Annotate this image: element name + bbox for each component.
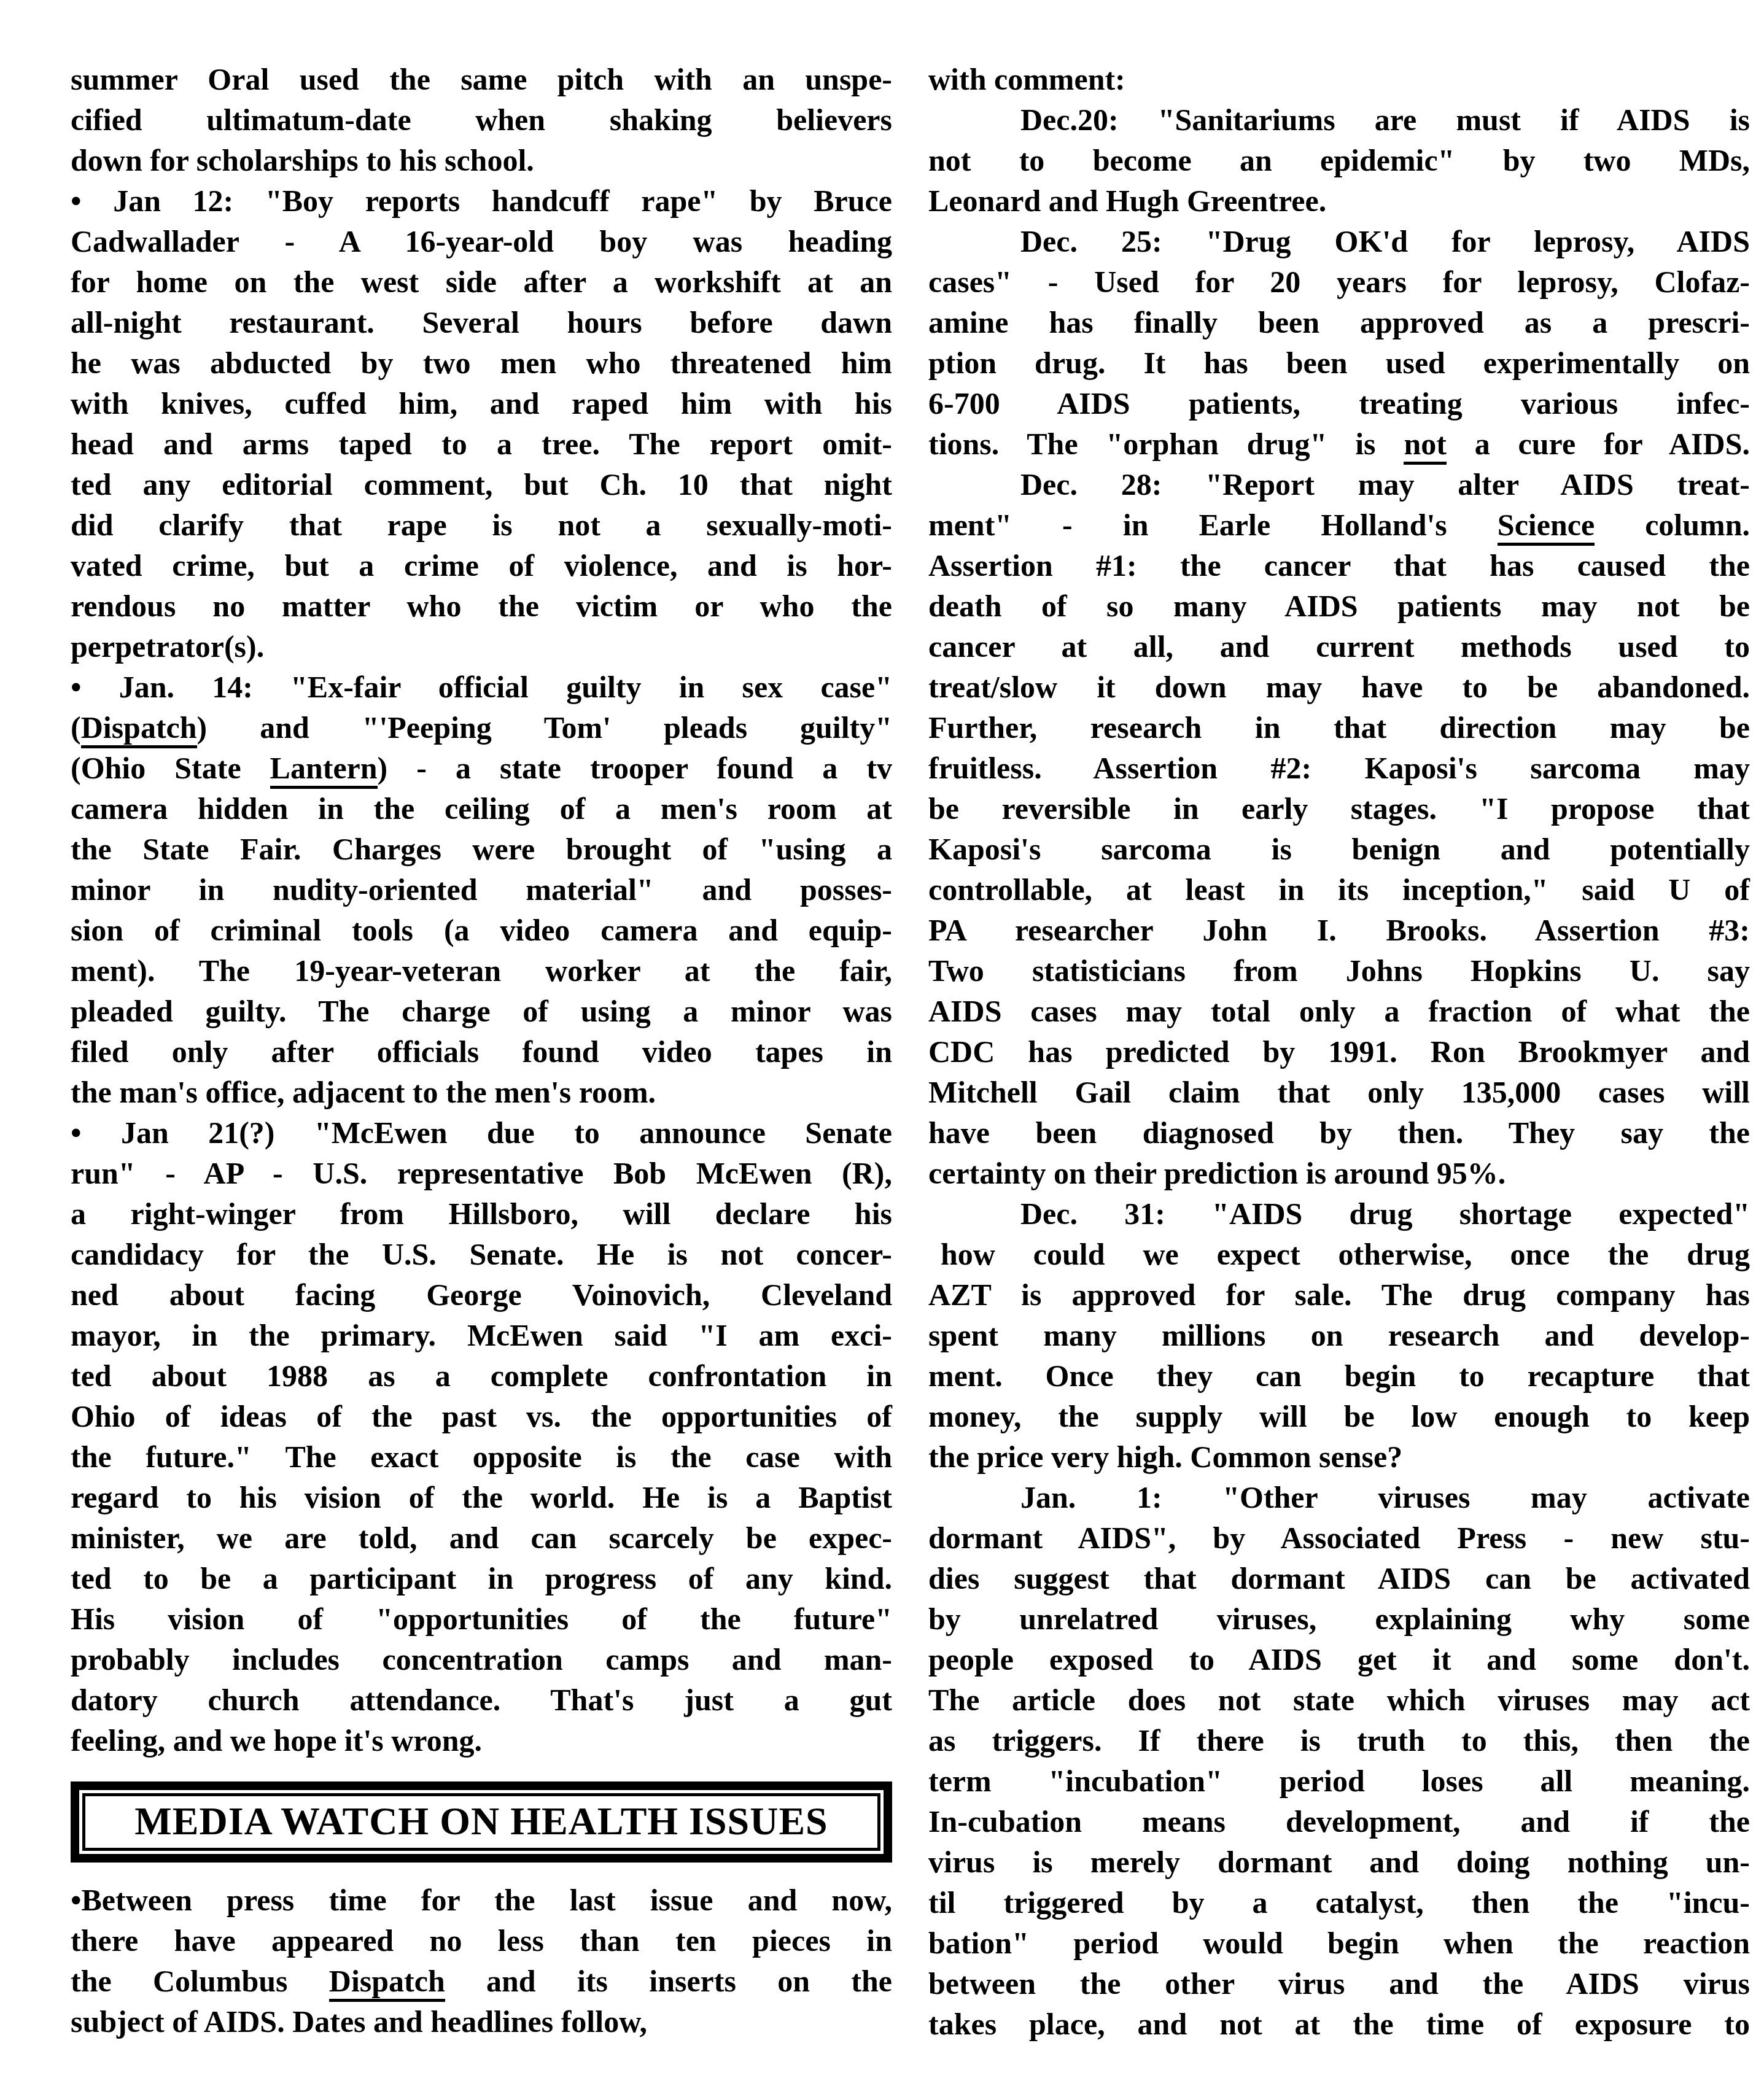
text-run: the Columbus (71, 1964, 329, 1998)
text-line: feeling, and we hope it's wrong. (71, 1720, 892, 1761)
text-line: ment" - in Earle Holland's Science colum… (928, 505, 1750, 545)
text-line: AIDS cases may total only a fraction of … (928, 991, 1750, 1031)
text-line: regard to his vision of the world. He is… (71, 1477, 892, 1518)
paragraph: •Between press time for the last issue a… (71, 1880, 892, 2042)
column-right: with comment:Dec.20: "Sanitariums are mu… (928, 59, 1750, 2044)
text-line: probably includes concentration camps an… (71, 1639, 892, 1680)
text-run: rendous no matter who the victim or who … (71, 589, 892, 623)
text-line: Further, research in that direction may … (928, 707, 1750, 748)
text-line: ption drug. It has been used experimenta… (928, 343, 1750, 383)
paragraph: • Jan 21(?) "McEwen due to announce Sena… (71, 1112, 892, 1761)
text-run: a right-winger from Hillsboro, will decl… (71, 1196, 892, 1231)
underlined-text: Lantern (270, 751, 378, 789)
text-line: takes place, and not at the time of expo… (928, 2004, 1750, 2044)
text-run: Assertion #1: the cancer that has caused… (928, 548, 1750, 583)
text-run: for home on the west side after a worksh… (71, 265, 892, 299)
text-line: filed only after officials found video t… (71, 1031, 892, 1072)
text-run: ment. Once they can begin to recapture t… (928, 1359, 1750, 1393)
text-line: certainty on their prediction is around … (928, 1153, 1750, 1193)
text-line: •Between press time for the last issue a… (71, 1880, 892, 1920)
text-run: cified ultimatum-date when shaking belie… (71, 103, 892, 137)
text-line: cancer at all, and current methods used … (928, 626, 1750, 667)
text-run: takes place, and not at the time of expo… (928, 2007, 1750, 2041)
text-line: AZT is approved for sale. The drug compa… (928, 1274, 1750, 1315)
text-run: have been diagnosed by then. They say th… (928, 1115, 1750, 1150)
text-run: Jan. 1: "Other viruses may activate (1020, 1480, 1750, 1514)
text-line: His vision of "opportunities of the futu… (71, 1599, 892, 1639)
text-line: Dec. 25: "Drug OK'd for leprosy, AIDS (928, 221, 1750, 262)
text-run: cancer at all, and current methods used … (928, 629, 1750, 664)
text-line: with knives, cuffed him, and raped him w… (71, 383, 892, 424)
text-line: by unrelatred viruses, explaining why so… (928, 1599, 1750, 1639)
text-line: Leonard and Hugh Greentree. (928, 180, 1750, 221)
text-run: the future." The exact opposite is the c… (71, 1440, 892, 1474)
text-line: a right-winger from Hillsboro, will decl… (71, 1193, 892, 1234)
text-run: money, the supply will be low enough to … (928, 1399, 1750, 1433)
paragraph: summer Oral used the same pitch with an … (71, 59, 892, 180)
text-run: Dec.20: "Sanitariums are must if AIDS is (1020, 103, 1750, 137)
text-line: with comment: (928, 59, 1750, 99)
paragraph: Dec. 31: "AIDS drug shortage expected"ho… (928, 1193, 1750, 1477)
text-line: Cadwallader - A 16-year-old boy was head… (71, 221, 892, 262)
text-line: as triggers. If there is truth to this, … (928, 1720, 1750, 1761)
text-line: the man's office, adjacent to the men's … (71, 1072, 892, 1112)
text-line: did clarify that rape is not a sexually-… (71, 505, 892, 545)
text-line: til triggered by a catalyst, then the "i… (928, 1882, 1750, 1923)
text-run: regard to his vision of the world. He is… (71, 1480, 892, 1514)
section-heading: MEDIA WATCH ON HEALTH ISSUES (134, 1799, 828, 1843)
text-run: fruitless. Assertion #2: Kaposi's sarcom… (928, 751, 1750, 785)
paragraph: Dec.20: "Sanitariums are must if AIDS is… (928, 99, 1750, 221)
text-run: ned about facing George Voinovich, Cleve… (71, 1277, 892, 1312)
text-line: The article does not state which viruses… (928, 1680, 1750, 1720)
text-run: all-night restaurant. Several hours befo… (71, 305, 892, 339)
text-run: The article does not state which viruses… (928, 1683, 1750, 1717)
text-line: ted about 1988 as a complete confrontati… (71, 1355, 892, 1396)
text-run: In-cubation means development, and if th… (928, 1804, 1750, 1839)
text-line: amine has finally been approved as a pre… (928, 302, 1750, 343)
text-line: death of so many AIDS patients may not b… (928, 586, 1750, 626)
text-line: mayor, in the primary. McEwen said "I am… (71, 1315, 892, 1355)
text-line: tions. The "orphan drug" is not a cure f… (928, 424, 1750, 464)
text-run: the State Fair. Charges were brought of … (71, 832, 892, 866)
text-line: pleaded guilty. The charge of using a mi… (71, 991, 892, 1031)
text-run: • Jan 21(?) "McEwen due to announce Sena… (71, 1115, 892, 1150)
paragraph: • Jan 12: "Boy reports handcuff rape" by… (71, 180, 892, 667)
section-heading-inner-border: MEDIA WATCH ON HEALTH ISSUES (82, 1793, 880, 1851)
text-line: the price very high. Common sense? (928, 1436, 1750, 1477)
text-run: ) - a state trooper found a tv (378, 751, 892, 785)
text-run: the price very high. Common sense? (928, 1440, 1402, 1474)
text-run: ted any editorial comment, but Ch. 10 th… (71, 467, 892, 502)
text-run: subject of AIDS. Dates and headlines fol… (71, 2004, 647, 2039)
text-line: Assertion #1: the cancer that has caused… (928, 545, 1750, 586)
text-run: probably includes concentration camps an… (71, 1642, 892, 1677)
text-run: Further, research in that direction may … (928, 710, 1750, 745)
text-run: AZT is approved for sale. The drug compa… (928, 1277, 1750, 1312)
paragraph: • Jan. 14: "Ex-fair official guilty in s… (71, 667, 892, 1112)
text-run: there have appeared no less than ten pie… (71, 1923, 892, 1958)
underlined-text: Science (1498, 508, 1595, 546)
text-run: head and arms taped to a tree. The repor… (71, 427, 892, 461)
section-heading-box: MEDIA WATCH ON HEALTH ISSUES (71, 1781, 892, 1863)
text-line: 6-700 AIDS patients, treating various in… (928, 383, 1750, 424)
text-line: term "incubation" period loses all meani… (928, 1761, 1750, 1801)
text-line: between the other virus and the AIDS vir… (928, 1963, 1750, 2004)
text-run: Dec. 31: "AIDS drug shortage expected" (1020, 1196, 1750, 1231)
text-run: Dec. 25: "Drug OK'd for leprosy, AIDS (1020, 224, 1750, 258)
text-line: controllable, at least in its inception,… (928, 869, 1750, 910)
text-run: PA researcher John I. Brooks. Assertion … (928, 913, 1750, 947)
text-line: have been diagnosed by then. They say th… (928, 1112, 1750, 1153)
text-run: ted about 1988 as a complete confrontati… (71, 1359, 892, 1393)
text-line: ment. Once they can begin to recapture t… (928, 1355, 1750, 1396)
text-line: perpetrator(s). (71, 626, 892, 667)
text-line: CDC has predicted by 1991. Ron Brookmyer… (928, 1031, 1750, 1072)
text-run: Mitchell Gail claim that only 135,000 ca… (928, 1075, 1750, 1109)
text-run: as triggers. If there is truth to this, … (928, 1723, 1750, 1758)
text-line: (Dispatch) and "'Peeping Tom' pleads gui… (71, 707, 892, 748)
text-run: Cadwallader - A 16-year-old boy was head… (71, 224, 892, 258)
text-line: datory church attendance. That's just a … (71, 1680, 892, 1720)
text-run: minister, we are told, and can scarcely … (71, 1521, 892, 1555)
text-line: head and arms taped to a tree. The repor… (71, 424, 892, 464)
text-line: spent many millions on research and deve… (928, 1315, 1750, 1355)
text-run: be reversible in early stages. "I propos… (928, 791, 1750, 826)
text-run: certainty on their prediction is around … (928, 1156, 1506, 1190)
underlined-text: Dispatch (329, 1964, 445, 2002)
text-line: cified ultimatum-date when shaking belie… (71, 99, 892, 140)
text-line: how could we expect otherwise, once the … (928, 1234, 1750, 1274)
text-line: Jan. 1: "Other viruses may activate (928, 1477, 1750, 1518)
text-line: PA researcher John I. Brooks. Assertion … (928, 910, 1750, 950)
text-run: til triggered by a catalyst, then the "i… (928, 1885, 1750, 1920)
text-run: candidacy for the U.S. Senate. He is not… (71, 1237, 892, 1271)
text-run: vated crime, but a crime of violence, an… (71, 548, 892, 583)
text-line: summer Oral used the same pitch with an … (71, 59, 892, 99)
text-run: Kaposi's sarcoma is benign and potential… (928, 832, 1750, 866)
column-left: summer Oral used the same pitch with an … (71, 59, 892, 2042)
text-line: In-cubation means development, and if th… (928, 1801, 1750, 1842)
text-run: dies suggest that dormant AIDS can be ac… (928, 1561, 1750, 1595)
text-run: he was abducted by two men who threatene… (71, 346, 892, 380)
text-run: ment). The 19-year-veteran worker at the… (71, 953, 892, 988)
text-run: the man's office, adjacent to the men's … (71, 1075, 656, 1109)
text-line: people exposed to AIDS get it and some d… (928, 1639, 1750, 1680)
text-run: • Jan 12: "Boy reports handcuff rape" by… (71, 184, 892, 218)
text-line: dormant AIDS", by Associated Press - new… (928, 1518, 1750, 1558)
underlined-text: not (1404, 427, 1446, 465)
text-line: (Ohio State Lantern) - a state trooper f… (71, 748, 892, 788)
text-line: down for scholarships to his school. (71, 140, 892, 180)
text-run: 6-700 AIDS patients, treating various in… (928, 386, 1750, 421)
text-line: Dec. 28: "Report may alter AIDS treat- (928, 464, 1750, 505)
text-run: minor in nudity-oriented material" and p… (71, 872, 892, 907)
text-line: virus is merely dormant and doing nothin… (928, 1842, 1750, 1882)
text-run: CDC has predicted by 1991. Ron Brookmyer… (928, 1034, 1750, 1069)
text-run: cases" - Used for 20 years for leprosy, … (928, 265, 1750, 299)
text-run: amine has finally been approved as a pre… (928, 305, 1750, 339)
text-line: run" - AP - U.S. representative Bob McEw… (71, 1153, 892, 1193)
text-line: • Jan 12: "Boy reports handcuff rape" by… (71, 180, 892, 221)
text-line: candidacy for the U.S. Senate. He is not… (71, 1234, 892, 1274)
text-line: ted to be a participant in progress of a… (71, 1558, 892, 1599)
text-run: did clarify that rape is not a sexually-… (71, 508, 892, 542)
text-run: mayor, in the primary. McEwen said "I am… (71, 1318, 892, 1352)
text-run: term "incubation" period loses all meani… (928, 1764, 1750, 1798)
text-run: ption drug. It has been used experimenta… (928, 346, 1750, 380)
text-run: with knives, cuffed him, and raped him w… (71, 386, 892, 421)
text-line: be reversible in early stages. "I propos… (928, 788, 1750, 829)
text-line: Dec.20: "Sanitariums are must if AIDS is (928, 99, 1750, 140)
text-line: Kaposi's sarcoma is benign and potential… (928, 829, 1750, 869)
text-run: not to become an epidemic" by two MDs, (928, 143, 1750, 177)
text-run: dormant AIDS", by Associated Press - new… (928, 1521, 1750, 1555)
text-run: controllable, at least in its inception,… (928, 872, 1750, 907)
text-line: Ohio of ideas of the past vs. the opport… (71, 1396, 892, 1436)
text-line: • Jan. 14: "Ex-fair official guilty in s… (71, 667, 892, 707)
text-line: the Columbus Dispatch and its inserts on… (71, 1961, 892, 2001)
text-run: filed only after officials found video t… (71, 1034, 892, 1069)
text-line: the future." The exact opposite is the c… (71, 1436, 892, 1477)
text-run: ) and "'Peeping Tom' pleads guilty" (197, 710, 892, 745)
text-line: minister, we are told, and can scarcely … (71, 1518, 892, 1558)
text-run: Dec. 28: "Report may alter AIDS treat- (1020, 467, 1750, 502)
text-run: death of so many AIDS patients may not b… (928, 589, 1750, 623)
text-line: rendous no matter who the victim or who … (71, 586, 892, 626)
paragraph: Dec. 25: "Drug OK'd for leprosy, AIDScas… (928, 221, 1750, 464)
text-run: pleaded guilty. The charge of using a mi… (71, 994, 892, 1028)
text-run: camera hidden in the ceiling of a men's … (71, 791, 892, 826)
text-run: down for scholarships to his school. (71, 143, 534, 177)
text-run: feeling, and we hope it's wrong. (71, 1723, 482, 1758)
text-line: cases" - Used for 20 years for leprosy, … (928, 262, 1750, 302)
text-line: dies suggest that dormant AIDS can be ac… (928, 1558, 1750, 1599)
text-run: Two statisticians from Johns Hopkins U. … (928, 953, 1750, 988)
text-line: money, the supply will be low enough to … (928, 1396, 1750, 1436)
text-run: datory church attendance. That's just a … (71, 1683, 892, 1717)
text-run: Ohio of ideas of the past vs. the opport… (71, 1399, 892, 1433)
text-line: ned about facing George Voinovich, Cleve… (71, 1274, 892, 1315)
paragraph: Jan. 1: "Other viruses may activatedorma… (928, 1477, 1750, 2044)
paragraph: Dec. 28: "Report may alter AIDS treat-me… (928, 464, 1750, 1193)
text-line: subject of AIDS. Dates and headlines fol… (71, 2001, 892, 2042)
text-line: vated crime, but a crime of violence, an… (71, 545, 892, 586)
text-run: bation" period would begin when the reac… (928, 1926, 1750, 1960)
text-run: summer Oral used the same pitch with an … (71, 62, 892, 96)
text-line: treat/slow it down may have to be abando… (928, 667, 1750, 707)
text-run: • Jan. 14: "Ex-fair official guilty in s… (71, 670, 892, 704)
text-line: Two statisticians from Johns Hopkins U. … (928, 950, 1750, 991)
text-run: •Between press time for the last issue a… (71, 1883, 892, 1917)
text-line: he was abducted by two men who threatene… (71, 343, 892, 383)
text-run: perpetrator(s). (71, 629, 264, 664)
text-run: sion of criminal tools (a video camera a… (71, 913, 892, 947)
text-run: and its inserts on the (445, 1964, 892, 1998)
paragraph: with comment: (928, 59, 1750, 99)
text-run: treat/slow it down may have to be abando… (928, 670, 1750, 704)
text-line: sion of criminal tools (a video camera a… (71, 910, 892, 950)
newsletter-page: summer Oral used the same pitch with an … (0, 0, 1764, 2078)
text-line: minor in nudity-oriented material" and p… (71, 869, 892, 910)
text-line: ment). The 19-year-veteran worker at the… (71, 950, 892, 991)
text-run: column. (1595, 508, 1750, 542)
text-run: run" - AP - U.S. representative Bob McEw… (71, 1156, 892, 1190)
text-run: tions. The "orphan drug" is (928, 427, 1404, 461)
text-line: bation" period would begin when the reac… (928, 1923, 1750, 1963)
text-run: people exposed to AIDS get it and some d… (928, 1642, 1750, 1677)
text-line: • Jan 21(?) "McEwen due to announce Sena… (71, 1112, 892, 1153)
underlined-text: Dispatch (81, 710, 197, 748)
text-run: with comment: (928, 62, 1125, 96)
text-run: His vision of "opportunities of the futu… (71, 1602, 892, 1636)
text-line: there have appeared no less than ten pie… (71, 1920, 892, 1961)
text-run: between the other virus and the AIDS vir… (928, 1966, 1750, 2001)
text-line: all-night restaurant. Several hours befo… (71, 302, 892, 343)
text-run: Leonard and Hugh Greentree. (928, 184, 1326, 218)
text-run: a cure for AIDS. (1447, 427, 1750, 461)
text-run: by unrelatred viruses, explaining why so… (928, 1602, 1750, 1636)
text-line: Mitchell Gail claim that only 135,000 ca… (928, 1072, 1750, 1112)
text-run: ment" - in Earle Holland's (928, 508, 1498, 542)
text-line: fruitless. Assertion #2: Kaposi's sarcom… (928, 748, 1750, 788)
text-line: Dec. 31: "AIDS drug shortage expected" (928, 1193, 1750, 1234)
text-line: ted any editorial comment, but Ch. 10 th… (71, 464, 892, 505)
text-run: ( (71, 710, 81, 745)
text-run: AIDS cases may total only a fraction of … (928, 994, 1750, 1028)
text-run: ted to be a participant in progress of a… (71, 1561, 892, 1595)
text-run: how could we expect otherwise, once the … (941, 1237, 1750, 1271)
text-run: spent many millions on research and deve… (928, 1318, 1750, 1352)
text-line: camera hidden in the ceiling of a men's … (71, 788, 892, 829)
text-run: (Ohio State (71, 751, 270, 785)
text-line: for home on the west side after a worksh… (71, 262, 892, 302)
text-line: the State Fair. Charges were brought of … (71, 829, 892, 869)
text-run: virus is merely dormant and doing nothin… (928, 1845, 1750, 1879)
text-line: not to become an epidemic" by two MDs, (928, 140, 1750, 180)
